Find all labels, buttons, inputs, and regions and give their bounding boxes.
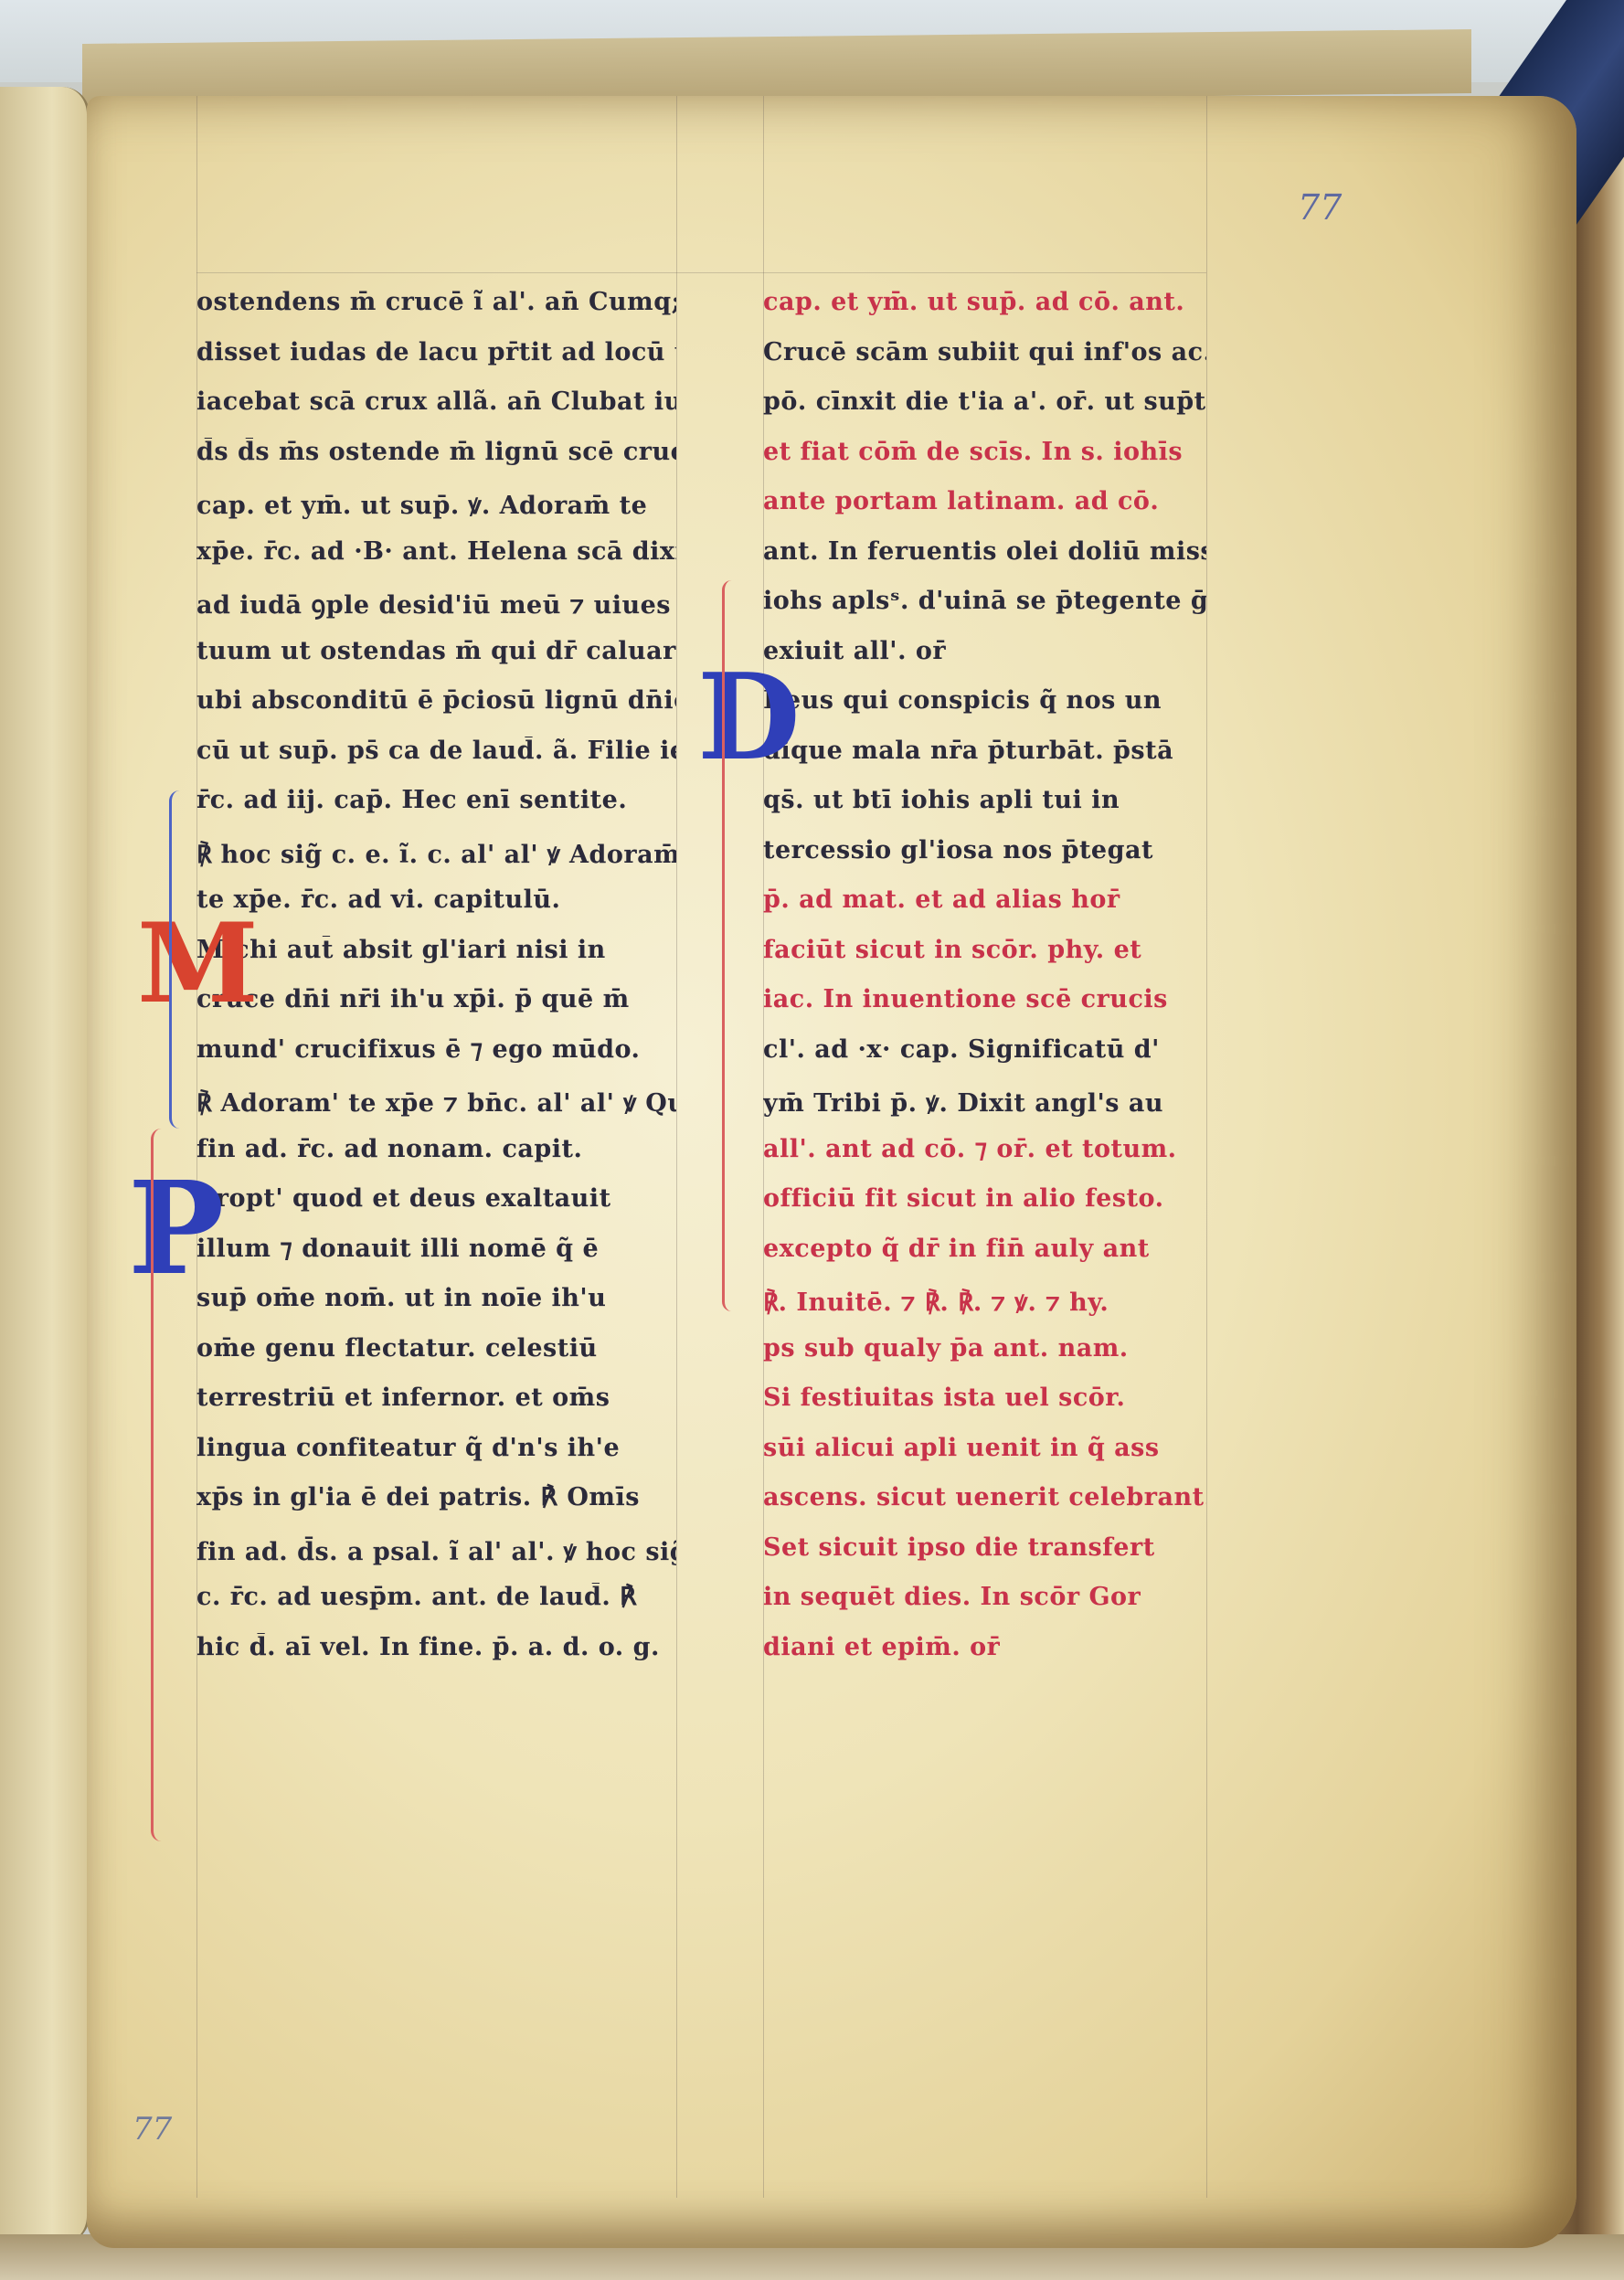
decorated-initial-p: P [128, 1165, 224, 1293]
decorated-initial-m: M [137, 909, 259, 1019]
manuscript-line: ℟ Adoram' te xp̄e ⁊ bn̄c. al' al' ꝟ Qui [196, 1085, 676, 1119]
manuscript-line: officiū fit sicut in alio festo. [763, 1184, 1163, 1213]
manuscript-line: c. r̄c. ad uesp̄m. ant. de laud̄. ℟ [196, 1583, 637, 1611]
facing-leaf-edge [0, 87, 90, 2243]
manuscript-line: p̄. ad mat. et ad alias hor̄ [763, 885, 1120, 914]
manuscript-line: ad iudā ꝯple desid'iū meū ⁊ uiues sup̄ t… [196, 587, 676, 620]
manuscript-line: terrestriū et infernor. et om̄s [196, 1384, 610, 1412]
manuscript-line: Deus qui conspicis q̃ nos un [763, 686, 1162, 715]
manuscript-line: ℟ hoc sig̃ c. e. ĩ. c. al' al' ꝟ Adoram̄ [196, 836, 676, 870]
initial-flourish [169, 790, 190, 1129]
manuscript-line: cap. et ym̄. ut sup̄. ꝟ. Adoram̄ te [196, 487, 647, 521]
manuscript-line: iac. In inuentione scē crucis [763, 985, 1168, 1013]
manuscript-line: lingua confiteatur q̃ d'n's ih'e [196, 1434, 620, 1462]
manuscript-line: cl'. ad ·x· cap. Significatū d' [763, 1035, 1160, 1064]
initial-flourish [151, 1129, 172, 1841]
manuscript-line: sup̄ om̄e nom̄. ut in noīe ih'u [196, 1284, 606, 1312]
manuscript-line: ascens. sicut uenerit celebrant. [763, 1483, 1206, 1511]
manuscript-line: tuum ut ostendas m̄ qui dr̄ caluarie loc… [196, 637, 676, 665]
decorated-initial-d: D [697, 658, 801, 777]
manuscript-line: hic d̄. aī vel. In fine. p̄. a. d. o. g. [196, 1633, 660, 1661]
manuscript-line: ante portam latinam. ad cō. [763, 487, 1159, 515]
manuscript-line: sūi alicui apli uenit in q̃ ass [763, 1434, 1160, 1462]
manuscript-line: xp̄e. r̄c. ad ·B· ant. Helena scā dixit [196, 537, 676, 566]
manuscript-line: ℟. Inuitē. ⁊ ℟. ℟. ⁊ ꝟ. ⁊ hy. [763, 1284, 1109, 1318]
manuscript-line: illum ⁊ donauit illi nomē q̃ ē [196, 1235, 599, 1263]
manuscript-line: qs̄. ut btī iohis apli tui in [763, 786, 1120, 814]
manuscript-line: ps sub qualy p̄a ant. nam. [763, 1334, 1129, 1363]
manuscript-line: cap. et ym̄. ut sup̄. ad cō. ant. [763, 288, 1184, 316]
manuscript-line: dique mala nr̄a p̄turbāt. p̄stā [763, 737, 1173, 765]
manuscript-line: fin ad. d̄s. a psal. ĩ al' al'. ꝟ hoc si… [196, 1533, 676, 1567]
manuscript-line: d̄s d̄s m̄s ostende m̄ lignū scē crucis … [196, 438, 676, 466]
manuscript-line: ubi absconditū ē p̄ciosū lignū dn̄icū al… [196, 686, 676, 715]
manuscript-line: iohs aplsˢ. d'uinā se p̄tegente ḡra ille… [763, 587, 1206, 615]
initial-flourish [722, 580, 741, 1311]
manuscript-line: in sequēt dies. In scōr Gor [763, 1583, 1141, 1611]
manuscript-line: ym̄ Tribi p̄. ꝟ. Dixit angl's au [763, 1085, 1163, 1119]
manuscript-line: iacebat scā crux allã. an̄ Clubat iudas [196, 387, 676, 416]
manuscript-line: Crucē scām subiit qui inf'os ac. est [763, 338, 1206, 366]
manuscript-line: om̄e genu flectatur. celestiū [196, 1334, 598, 1363]
ruling-line [676, 96, 677, 2198]
ruling-line [196, 272, 1206, 273]
manuscript-line: xp̄s in gl'ia ē dei patris. ℟ Omīs [196, 1483, 640, 1511]
manuscript-page: 77 77 ostendens m̄ crucē ĩ al'. an̄ Cumq… [87, 96, 1576, 2248]
manuscript-line: disset iudas de lacu pr̄tit ad locū ubi [196, 338, 676, 366]
manuscript-line: et fiat cōm̄ de scīs. In s. iohīs [763, 438, 1183, 466]
manuscript-line: pō. cīnxit die t'ia a'. or̄. ut sup̄ta [763, 387, 1206, 416]
manuscript-line: Si festiuitas ista uel scōr. [763, 1384, 1125, 1412]
manuscript-line: cū ut sup̄. ps̄ ca de laud̄. ã. Filie ie… [196, 737, 676, 765]
manuscript-line: mund' crucifixus ē ⁊ ego mūdo. [196, 1035, 640, 1064]
manuscript-line: cruce dn̄i nr̄i ih'u xp̄i. p̄ quē m̄ [196, 985, 630, 1013]
manuscript-line: tercessio gl'iosa nos p̄tegat [763, 836, 1153, 864]
manuscript-line: faciūt sicut in scōr. phy. et [763, 936, 1141, 964]
manuscript-line: fin ad. r̄c. ad nonam. capit. [196, 1135, 582, 1163]
folio-number-top: 77 [1298, 187, 1342, 228]
manuscript-line: all'. ant ad cō. ⁊ or̄. et totum. [763, 1135, 1177, 1163]
manuscript-line: Propt' quod et deus exaltauit [196, 1184, 611, 1213]
ruling-line [1206, 96, 1207, 2198]
manuscript-line: ostendens m̄ crucē ĩ al'. an̄ Cumq; ascē… [196, 288, 676, 316]
folio-number-bottom: 77 [133, 2111, 172, 2147]
manuscript-line: ant. In feruentis olei doliū missus [763, 537, 1206, 566]
manuscript-line: diani et epim̄. or̄ [763, 1633, 1000, 1661]
manuscript-line: Set sicuit ipso die transfert [763, 1533, 1155, 1562]
manuscript-line: r̄c. ad iij. cap̄. Hec enī sentite. [196, 786, 627, 814]
manuscript-line: excepto q̃ dr̄ in fin̄ auly ant [763, 1235, 1150, 1263]
